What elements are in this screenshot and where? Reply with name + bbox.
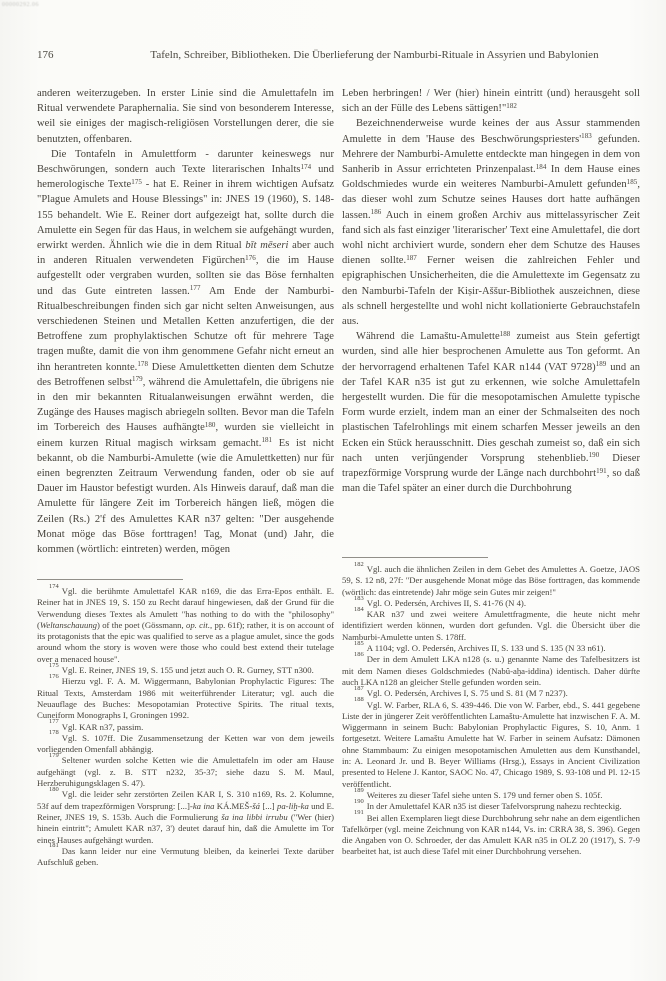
footnote-text: Vgl. die berühmte Amulettafel KAR n169, … <box>37 586 334 664</box>
footnote-number: 179 <box>49 752 59 759</box>
footnote-text: In der Amulettafel KAR n35 ist dieser Ta… <box>367 801 622 811</box>
right-footnote-block: 182Vgl. auch die ähnlichen Zeilen in dem… <box>342 557 640 858</box>
footnote: 178Vgl. S. 107ff. Die Zusammensetzung de… <box>37 733 334 756</box>
footnote-number: 183 <box>354 595 364 602</box>
footnote-text: Vgl. die leider sehr zerstörten Zeilen K… <box>37 789 334 844</box>
left-footnote-list: 174Vgl. die berühmte Amulettafel KAR n16… <box>37 586 334 868</box>
scan-artifact-label: 00000292.06 <box>2 2 39 8</box>
footnote: 191Bei allen Exemplaren liegt diese Durc… <box>342 813 640 858</box>
footnote-number: 189 <box>354 787 364 794</box>
footnote: 189Weiteres zu dieser Tafel siehe unten … <box>342 790 640 801</box>
footnote-text: Der in dem Amulett LKA n128 (s. u.) gena… <box>342 654 640 687</box>
right-footnote-list: 182Vgl. auch die ähnlichen Zeilen in dem… <box>342 564 640 858</box>
footnote: 186Der in dem Amulett LKA n128 (s. u.) g… <box>342 654 640 688</box>
footnote-text: Bei allen Exemplaren liegt diese Durchbo… <box>342 813 640 857</box>
footnote-text: A 1104; vgl. O. Pedersén, Archives II, S… <box>367 643 606 653</box>
running-title: Tafeln, Schreiber, Bibliotheken. Die Übe… <box>109 49 640 61</box>
scanned-page: 00000292.06 176 Tafeln, Schreiber, Bibli… <box>0 0 666 981</box>
footnote-text: Vgl. W. Farber, RLA 6, S. 439-446. Die v… <box>342 700 640 789</box>
page-header: 176 Tafeln, Schreiber, Bibliotheken. Die… <box>37 49 640 61</box>
footnote-number: 180 <box>49 786 59 793</box>
footnote-number: 190 <box>354 798 364 805</box>
page-number: 176 <box>37 49 109 61</box>
footnote-number: 187 <box>354 685 364 692</box>
footnote-text: Vgl. auch die ähnlichen Zeilen in dem Ge… <box>342 564 640 597</box>
footnote: 184KAR n37 und zwei weitere Amulettfragm… <box>342 609 640 643</box>
footnote-text: Seltener wurden solche Ketten wie die Am… <box>37 755 334 788</box>
footnote-number: 177 <box>49 718 59 725</box>
body-paragraph: Leben herbringen! / Wer (hier) hinein ei… <box>342 86 640 116</box>
footnote-text: Weiteres zu dieser Tafel siehe unten S. … <box>367 790 603 800</box>
footnote-text: Vgl. E. Reiner, JNES 19, S. 155 und jetz… <box>62 665 314 675</box>
footnote-text: Vgl. O. Pedersén, Archives I, S. 75 und … <box>367 688 568 698</box>
footnote-text: Hierzu vgl. F. A. M. Wiggermann, Babylon… <box>37 676 334 720</box>
body-paragraph: Bezeichnenderweise wurde keines der aus … <box>342 116 640 329</box>
left-footnote-block: 174Vgl. die berühmte Amulettafel KAR n16… <box>37 579 334 868</box>
footnote: 176Hierzu vgl. F. A. M. Wiggermann, Baby… <box>37 676 334 721</box>
footnote: 181Das kann leider nur eine Vermutung bl… <box>37 846 334 869</box>
footnote: 187Vgl. O. Pedersén, Archives I, S. 75 u… <box>342 688 640 699</box>
footnote-number: 186 <box>354 651 364 658</box>
footnote-number: 181 <box>49 842 59 849</box>
footnote-number: 178 <box>49 729 59 736</box>
footnote-text: Das kann leider nur eine Vermutung bleib… <box>37 846 334 867</box>
footnote-text: KAR n37 und zwei weitere Amulettfragment… <box>342 609 640 642</box>
footnote-number: 175 <box>49 662 59 669</box>
footnote-number: 182 <box>354 561 364 568</box>
footnote: 182Vgl. auch die ähnlichen Zeilen in dem… <box>342 564 640 598</box>
footnote: 177Vgl. KAR n37, passim. <box>37 722 334 733</box>
footnote: 175Vgl. E. Reiner, JNES 19, S. 155 und j… <box>37 665 334 676</box>
footnote-text: Vgl. KAR n37, passim. <box>62 722 144 732</box>
footnote-number: 185 <box>354 640 364 647</box>
footnote-number: 191 <box>354 809 364 816</box>
body-paragraph: anderen weiterzugeben. In erster Linie s… <box>37 86 334 147</box>
body-paragraph: Während die Lamaštu-Amulette188 zumeist … <box>342 329 640 496</box>
left-column: anderen weiterzugeben. In erster Linie s… <box>37 86 334 557</box>
footnote-number: 176 <box>49 673 59 680</box>
footnote-text: Vgl. O. Pedersén, Archives II, S. 41-76 … <box>367 598 526 608</box>
footnote: 188Vgl. W. Farber, RLA 6, S. 439-446. Di… <box>342 700 640 790</box>
footnote: 183Vgl. O. Pedersén, Archives II, S. 41-… <box>342 598 640 609</box>
footnote: 180Vgl. die leider sehr zerstörten Zeile… <box>37 789 334 845</box>
footnote-separator <box>342 557 488 558</box>
footnote-separator <box>37 579 183 580</box>
footnote: 179Seltener wurden solche Ketten wie die… <box>37 755 334 789</box>
footnote-text: Vgl. S. 107ff. Die Zusammensetzung der K… <box>37 733 334 754</box>
right-column: Leben herbringen! / Wer (hier) hinein ei… <box>342 86 640 496</box>
footnote: 174Vgl. die berühmte Amulettafel KAR n16… <box>37 586 334 665</box>
footnote-number: 188 <box>354 696 364 703</box>
body-paragraph: Die Tontafeln in Amulettform - darunter … <box>37 147 334 557</box>
footnote: 190In der Amulettafel KAR n35 ist dieser… <box>342 801 640 812</box>
footnote-number: 174 <box>49 583 59 590</box>
footnote: 185A 1104; vgl. O. Pedersén, Archives II… <box>342 643 640 654</box>
footnote-number: 184 <box>354 606 364 613</box>
